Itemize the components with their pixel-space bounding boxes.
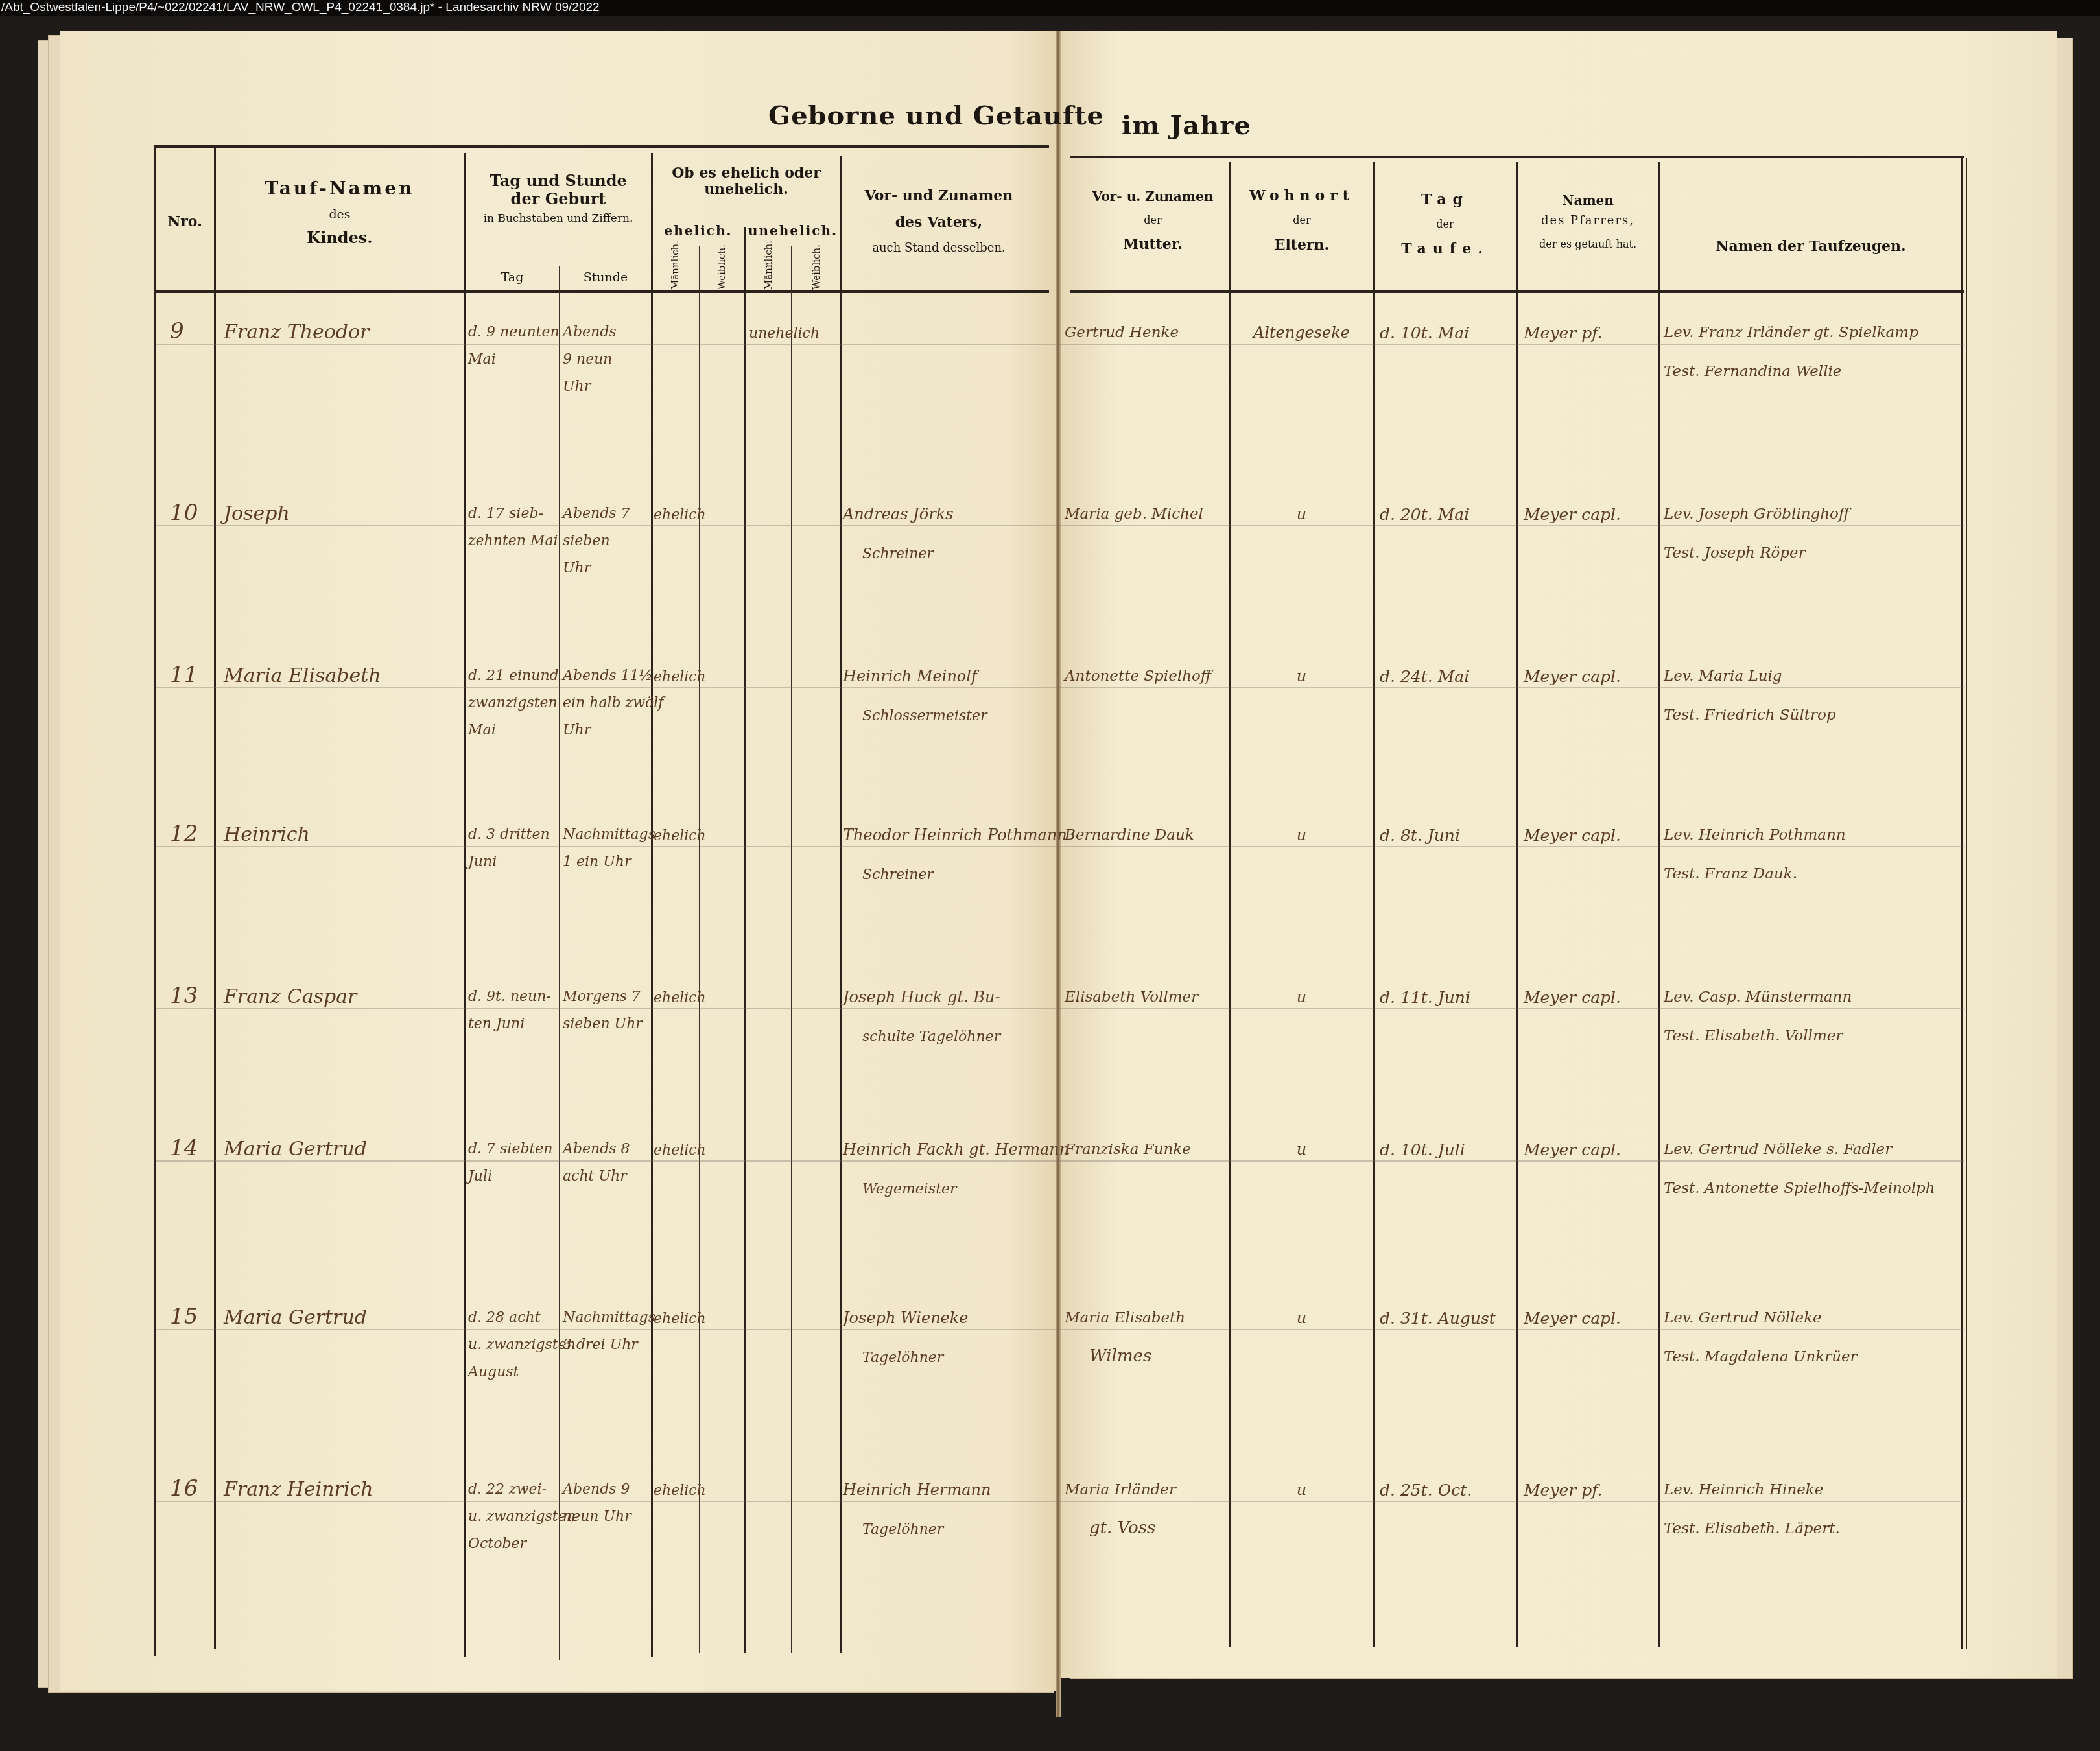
header-ehelich: ehelich. xyxy=(652,224,744,239)
header-taufzeugen: Namen der Taufzeugen. xyxy=(1660,239,1962,255)
col-divider xyxy=(464,153,466,1657)
birth-hour-line1: Nachmittags xyxy=(563,827,655,843)
father-name: Joseph Huck gt. Bu- xyxy=(843,989,1000,1007)
header-taufnamen: Tauf-Namen des Kindes. xyxy=(215,178,464,247)
header-taufnamen-line2: des xyxy=(215,208,464,222)
pencil-guide-line xyxy=(156,525,1964,526)
father-name: Heinrich Hermann xyxy=(843,1481,991,1499)
birth-day-line1: d. 9 neunten xyxy=(468,324,560,340)
birth-day-line3: August xyxy=(468,1364,519,1380)
entry-number: 9 xyxy=(170,319,184,344)
header-vater-line3: auch Stand desselben. xyxy=(842,242,1036,255)
parents-residence: Altengeseke xyxy=(1235,324,1368,342)
birth-day-line1: d. 21 einund xyxy=(468,668,559,684)
birth-day-line2: u. zwanzigsten xyxy=(468,1337,576,1353)
birth-day-line2: zehnten Mai xyxy=(468,533,558,549)
godparent-1: Lev. Maria Luig xyxy=(1664,668,1782,685)
pencil-guide-line xyxy=(156,1501,1964,1502)
priest-name: Meyer capl. xyxy=(1524,506,1621,524)
father-occupation: Wegemeister xyxy=(862,1181,957,1197)
header-mutter-line1: Vor- u. Zunamen xyxy=(1076,189,1229,204)
mother-name-line2: Wilmes xyxy=(1089,1347,1151,1367)
mother-name: Maria Irländer xyxy=(1065,1481,1176,1498)
mother-name: Bernardine Dauk xyxy=(1065,827,1194,843)
baptism-date: d. 31t. August xyxy=(1380,1310,1496,1328)
header-vater-line2: des Vaters, xyxy=(842,215,1036,231)
header-tag-stunde-line2: der Geburt xyxy=(466,190,651,208)
right-table-top-rule xyxy=(1070,156,1964,158)
right-table-border-inner xyxy=(1966,158,1967,1649)
birth-hour-line2: 1 ein Uhr xyxy=(563,854,631,870)
parents-residence: u xyxy=(1235,1310,1368,1328)
legitimate-mark: ehelich xyxy=(654,828,706,844)
priest-name: Meyer capl. xyxy=(1524,668,1621,687)
header-tag-stunde: Tag und Stunde der Geburt in Buchstaben … xyxy=(466,172,651,226)
godparent-1: Lev. Gertrud Nölleke s. Fadler xyxy=(1664,1141,1892,1158)
baptism-date: d. 25t. Oct. xyxy=(1380,1481,1472,1500)
header-wohnort-line3: Eltern. xyxy=(1231,237,1373,253)
priest-name: Meyer pf. xyxy=(1524,1481,1603,1500)
header-nro: Nro. xyxy=(156,214,214,230)
entry-number: 11 xyxy=(170,663,198,688)
pencil-guide-line xyxy=(156,1329,1964,1330)
col-divider xyxy=(1373,162,1375,1647)
header-legitimacy-line2: unehelich. xyxy=(652,182,840,198)
father-occupation: Schlossermeister xyxy=(862,708,987,724)
father-name: Heinrich Fackh gt. Hermann xyxy=(843,1141,1069,1159)
child-name: Maria Gertrud xyxy=(224,1138,367,1161)
pencil-guide-line xyxy=(156,846,1964,847)
godparent-1: Lev. Joseph Gröblinghoff xyxy=(1664,506,1849,523)
header-pfarrer-line2: des Pfarrers, xyxy=(1517,215,1658,228)
godparent-1: Lev. Heinrich Hineke xyxy=(1664,1481,1823,1498)
child-name: Heinrich xyxy=(224,824,310,847)
father-name: Theodor Heinrich Pothmann xyxy=(843,827,1067,845)
legitimate-mark: ehelich xyxy=(654,507,706,523)
birth-day-line1: d. 7 siebten xyxy=(468,1141,553,1157)
child-name: Franz Theodor xyxy=(224,322,369,344)
godparent-1: Lev. Franz Irländer gt. Spielkamp xyxy=(1664,324,1918,341)
father-name: Andreas Jörks xyxy=(843,506,953,524)
birth-day-line2: Juni xyxy=(468,854,497,870)
mother-name: Maria geb. Michel xyxy=(1065,506,1203,523)
pencil-guide-line xyxy=(156,687,1964,688)
left-table-border xyxy=(154,145,156,1656)
birth-hour-line2: neun Uhr xyxy=(563,1509,631,1525)
header-stunde: Stunde xyxy=(560,271,651,285)
col-divider xyxy=(559,266,560,1660)
child-name: Maria Elisabeth xyxy=(224,665,381,688)
baptism-date: d. 11t. Juni xyxy=(1380,989,1470,1007)
child-name: Franz Heinrich xyxy=(224,1479,373,1501)
mother-name: Maria Elisabeth xyxy=(1065,1310,1185,1326)
child-name: Franz Caspar xyxy=(224,986,357,1009)
entry-number: 12 xyxy=(170,821,198,847)
mother-name: Gertrud Henke xyxy=(1065,324,1179,341)
book-gutter xyxy=(1056,31,1061,1717)
birth-day-line3: October xyxy=(468,1536,526,1552)
father-occupation: schulte Tagelöhner xyxy=(862,1029,1000,1045)
godparent-2: Test. Joseph Röper xyxy=(1664,545,1806,561)
legitimate-mark: ehelich xyxy=(654,1483,706,1499)
birth-hour-line2: ein halb zwölf xyxy=(563,695,663,711)
baptism-date: d. 20t. Mai xyxy=(1380,506,1469,524)
header-vater: Vor- und Zunamen des Vaters, auch Stand … xyxy=(842,188,1036,255)
birth-day-line1: d. 22 zwei- xyxy=(468,1481,547,1498)
header-wohnort-line2: der xyxy=(1231,215,1373,226)
birth-hour-line1: Abends 7 xyxy=(563,506,630,522)
header-tag-stunde-line3: in Buchstaben und Ziffern. xyxy=(466,213,651,226)
father-name: Joseph Wieneke xyxy=(843,1310,969,1328)
left-table-top-rule xyxy=(154,145,1049,148)
birth-hour-line1: Nachmittags xyxy=(563,1310,655,1326)
col-divider xyxy=(651,153,653,1657)
header-pfarrer: Namen des Pfarrers, der es getauft hat. xyxy=(1517,193,1658,250)
birth-hour-line3: Uhr xyxy=(563,379,591,395)
header-wohnort: Wohnort der Eltern. xyxy=(1231,188,1373,253)
priest-name: Meyer capl. xyxy=(1524,1310,1621,1328)
baptism-date: d. 10t. Mai xyxy=(1380,324,1469,343)
birth-hour-line2: 3 drei Uhr xyxy=(563,1337,638,1353)
header-legitimacy-line1: Ob es ehelich oder xyxy=(652,165,840,182)
header-taufe: Tag der Taufe. xyxy=(1374,192,1516,257)
parents-residence: u xyxy=(1235,989,1368,1007)
left-table-header-rule xyxy=(154,290,1049,293)
baptism-date: d. 10t. Juli xyxy=(1380,1141,1465,1160)
godparent-2: Test. Elisabeth. Vollmer xyxy=(1664,1028,1843,1044)
parents-residence: u xyxy=(1235,1481,1368,1499)
mother-name-line2: gt. Voss xyxy=(1089,1519,1155,1538)
godparent-1: Lev. Heinrich Pothmann xyxy=(1664,827,1846,843)
parents-residence: u xyxy=(1235,506,1368,524)
birth-day-line1: d. 17 sieb- xyxy=(468,506,543,522)
father-name: Heinrich Meinolf xyxy=(843,668,977,686)
birth-day-line2: Juli xyxy=(468,1168,492,1184)
col-divider xyxy=(214,145,216,1649)
legitimate-mark: ehelich xyxy=(654,990,706,1006)
parents-residence: u xyxy=(1235,668,1368,686)
header-mutter: Vor- u. Zunamen der Mutter. xyxy=(1076,189,1229,253)
header-unehelich: unehelich. xyxy=(746,224,840,239)
father-occupation: Schreiner xyxy=(862,546,934,562)
header-vater-line1: Vor- und Zunamen xyxy=(842,188,1036,204)
col-divider xyxy=(1229,162,1231,1647)
birth-hour-line3: Uhr xyxy=(563,722,591,738)
col-divider xyxy=(840,156,842,1653)
right-table-border xyxy=(1961,158,1963,1649)
legitimate-mark: ehelich xyxy=(654,1142,706,1158)
col-divider xyxy=(699,246,700,1653)
birth-hour-line1: Morgens 7 xyxy=(563,989,641,1005)
birth-day-line1: d. 9t. neun- xyxy=(468,989,551,1005)
col-divider xyxy=(744,227,746,1653)
header-ehelich-maennlich: Männlich. xyxy=(669,243,681,290)
father-occupation: Schreiner xyxy=(862,867,934,883)
birth-hour-line1: Abends 8 xyxy=(563,1141,630,1157)
birth-hour-line2: 9 neun xyxy=(563,351,613,368)
birth-day-line2: ten Juni xyxy=(468,1016,525,1032)
register-title-right: im Jahre xyxy=(1122,110,1251,141)
entry-number: 15 xyxy=(170,1304,198,1330)
godparent-2: Test. Magdalena Unkrüer xyxy=(1664,1348,1858,1365)
header-taufe-line1: Tag xyxy=(1374,192,1516,208)
right-page xyxy=(1059,31,2057,1678)
birth-day-line3: Mai xyxy=(468,722,496,738)
entry-number: 13 xyxy=(170,983,198,1009)
header-taufnamen-line1: Tauf-Namen xyxy=(215,178,464,199)
pencil-guide-line xyxy=(156,344,1964,345)
father-occupation: Tagelöhner xyxy=(862,1522,943,1538)
pencil-guide-line xyxy=(156,1008,1964,1009)
godparent-1: Lev. Gertrud Nölleke xyxy=(1664,1310,1822,1326)
birth-hour-line2: acht Uhr xyxy=(563,1168,627,1184)
entry-number: 14 xyxy=(170,1136,198,1161)
col-divider xyxy=(1658,162,1660,1647)
header-taufnamen-line3: Kindes. xyxy=(215,229,464,247)
header-unehelich-maennlich: Männlich. xyxy=(762,243,774,290)
col-divider xyxy=(791,246,792,1653)
header-mutter-line3: Mutter. xyxy=(1076,237,1229,253)
priest-name: Meyer pf. xyxy=(1524,324,1603,343)
header-mutter-line2: der xyxy=(1076,215,1229,226)
header-legitimacy: Ob es ehelich oder unehelich. xyxy=(652,165,840,198)
header-tag: Tag xyxy=(466,271,559,285)
child-name: Maria Gertrud xyxy=(224,1307,367,1330)
birth-hour-line1: Abends 9 xyxy=(563,1481,630,1498)
col-divider xyxy=(1516,162,1518,1647)
godparent-1: Lev. Casp. Münstermann xyxy=(1664,989,1852,1005)
parents-residence: u xyxy=(1235,827,1368,845)
legitimate-mark: ehelich xyxy=(654,1311,706,1327)
birth-day-line2: Mai xyxy=(468,351,496,368)
birth-day-line1: d. 3 dritten xyxy=(468,827,550,843)
entry-number: 10 xyxy=(170,500,198,526)
header-tag-stunde-line1: Tag und Stunde xyxy=(466,172,651,190)
godparent-2: Test. Franz Dauk. xyxy=(1664,865,1797,882)
godparent-2: Test. Antonette Spielhoffs-Meinolph xyxy=(1664,1180,1935,1197)
birth-hour-line1: Abends 11½ xyxy=(563,668,653,684)
child-name: Joseph xyxy=(224,503,290,526)
birth-day-line2: u. zwanzigsten xyxy=(468,1509,576,1525)
priest-name: Meyer capl. xyxy=(1524,989,1621,1007)
header-wohnort-line1: Wohnort xyxy=(1231,188,1373,204)
birth-day-line2: zwanzigsten xyxy=(468,695,558,711)
birth-hour-line3: Uhr xyxy=(563,560,591,576)
birth-hour-line2: sieben Uhr xyxy=(563,1016,643,1032)
godparent-2: Test. Friedrich Sültrop xyxy=(1664,707,1836,723)
header-taufe-line2: der xyxy=(1374,218,1516,230)
baptism-date: d. 24t. Mai xyxy=(1380,668,1469,687)
mother-name: Antonette Spielhoff xyxy=(1065,668,1211,685)
birth-day-line1: d. 28 acht xyxy=(468,1310,541,1326)
register-title-left: Geborne und Getaufte xyxy=(768,100,1104,131)
godparent-2: Test. Fernandina Wellie xyxy=(1664,363,1841,380)
birth-hour-line1: Abends xyxy=(563,324,617,340)
priest-name: Meyer capl. xyxy=(1524,827,1621,845)
window-title: /Abt_Ostwestfalen-Lippe/P4/~022/02241/LA… xyxy=(0,0,2100,16)
illegitimate-mark: unehelich xyxy=(749,325,820,342)
father-occupation: Tagelöhner xyxy=(862,1350,943,1366)
entry-number: 16 xyxy=(170,1476,198,1501)
legitimate-mark: ehelich xyxy=(654,669,706,685)
priest-name: Meyer capl. xyxy=(1524,1141,1621,1160)
godparent-2: Test. Elisabeth. Läpert. xyxy=(1664,1520,1840,1537)
parents-residence: u xyxy=(1235,1141,1368,1159)
birth-hour-line2: sieben xyxy=(563,533,610,549)
mother-name: Franziska Funke xyxy=(1065,1141,1191,1158)
header-ehelich-weiblich: Weiblich. xyxy=(716,243,727,290)
header-pfarrer-line3: der es getauft hat. xyxy=(1517,239,1658,250)
mother-name: Elisabeth Vollmer xyxy=(1065,989,1198,1005)
baptism-date: d. 8t. Juni xyxy=(1380,827,1460,845)
header-pfarrer-line1: Namen xyxy=(1517,193,1658,208)
header-taufe-line3: Taufe. xyxy=(1374,241,1516,257)
header-unehelich-weiblich: Weiblich. xyxy=(810,243,822,290)
pencil-guide-line xyxy=(156,1160,1964,1162)
